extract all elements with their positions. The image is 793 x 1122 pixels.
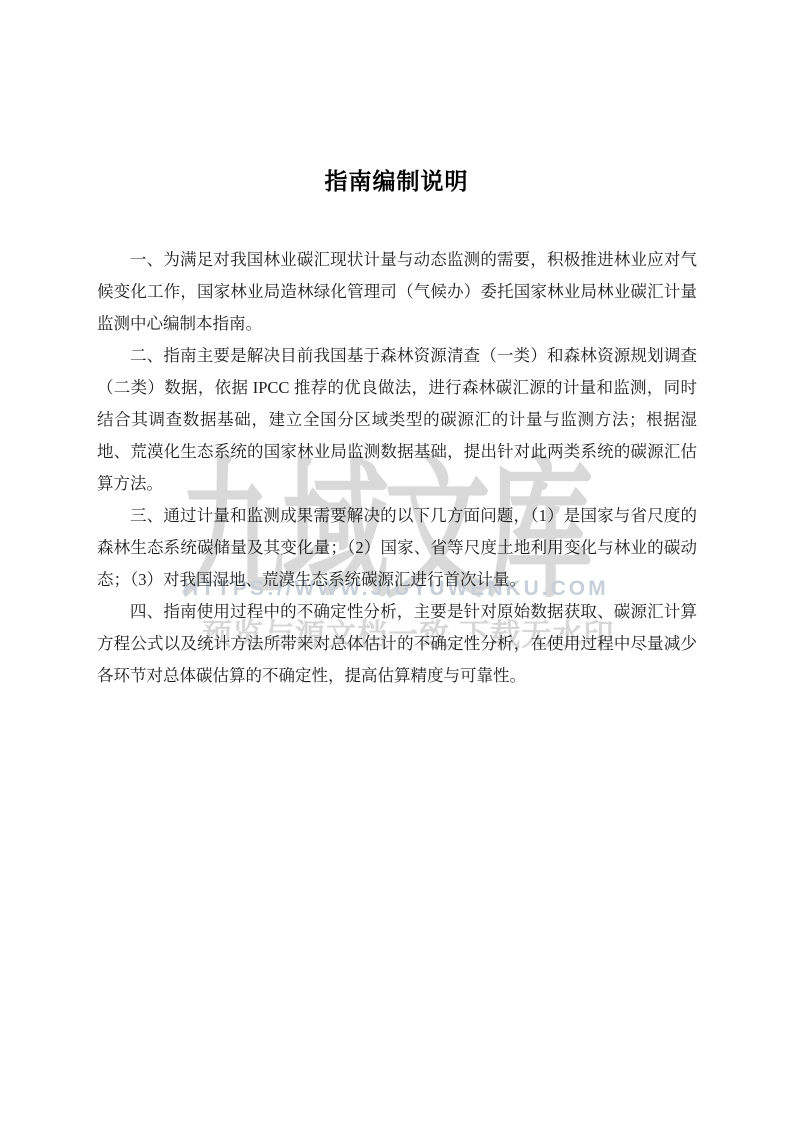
paragraph-2: 二、指南主要是解决目前我国基于森林资源清查（一类）和森林资源规划调查（二类）数据… [97,340,697,500]
paragraph-3: 三、通过计量和监测成果需要解决的以下几方面问题，（1）是国家与省尺度的森林生态系… [97,500,697,596]
body-text: 一、为满足对我国林业碳汇现状计量与动态监测的需要，积极推进林业应对气候变化工作，… [97,244,697,692]
paragraph-1: 一、为满足对我国林业碳汇现状计量与动态监测的需要，积极推进林业应对气候变化工作，… [97,244,697,340]
page-title: 指南编制说明 [0,0,793,195]
document-page: 九域文库 HTTPS://WWW.JIUYUWENKU.COM 预览与源文档一致… [0,0,793,1122]
document-content: 指南编制说明 一、为满足对我国林业碳汇现状计量与动态监测的需要，积极推进林业应对… [0,0,793,692]
paragraph-4: 四、指南使用过程中的不确定性分析，主要是针对原始数据获取、碳源汇计算方程公式以及… [97,596,697,692]
